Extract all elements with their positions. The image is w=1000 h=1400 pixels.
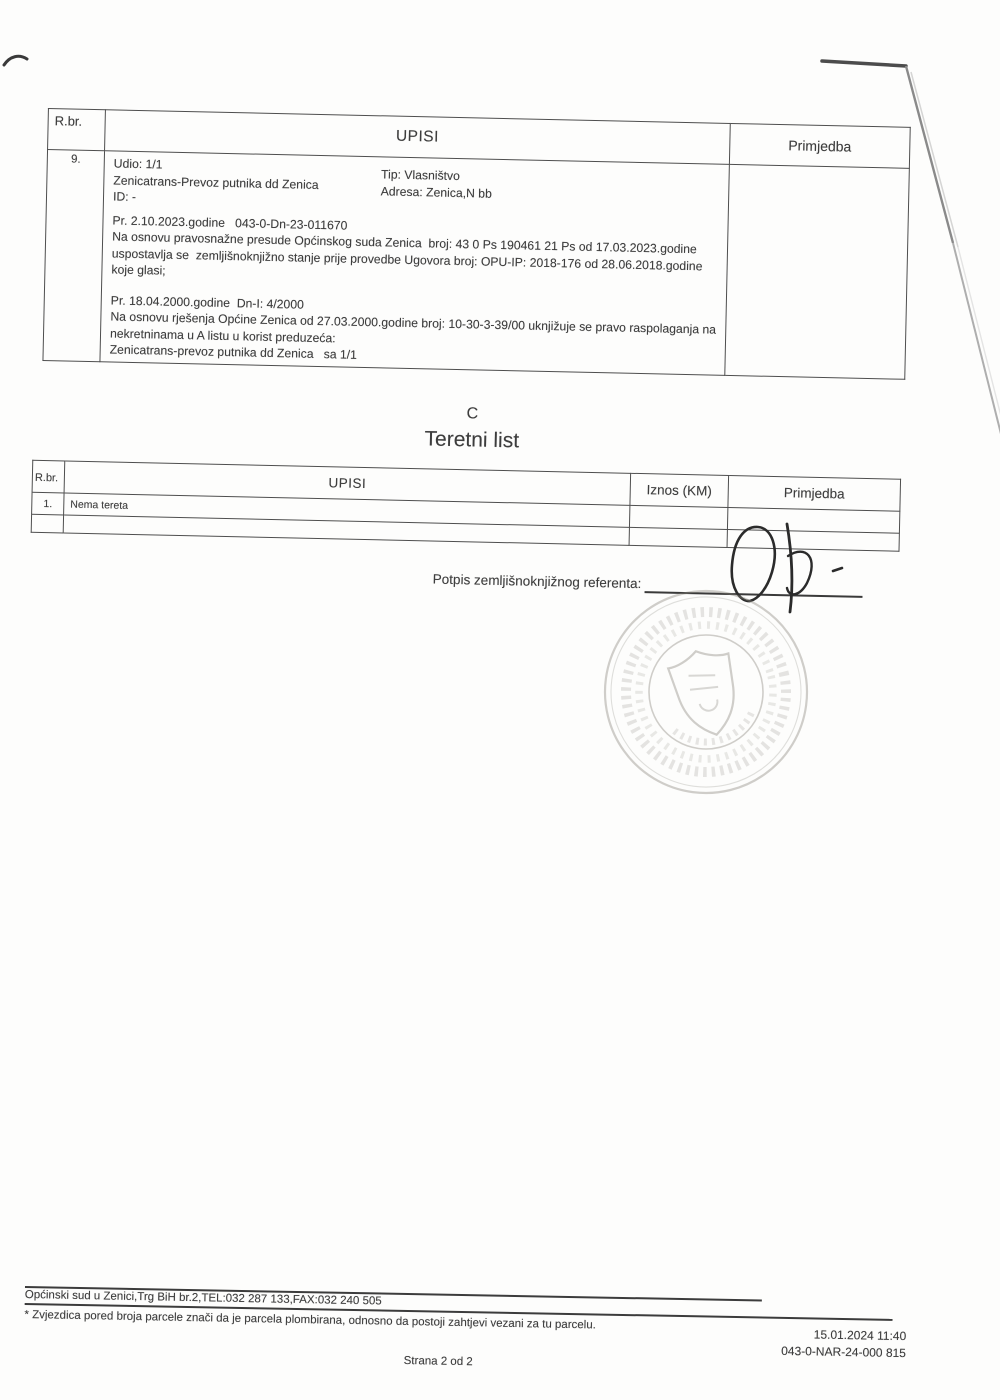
column-header-iznos: Iznos (KM) (630, 473, 729, 507)
teretni-list-table: R.br. UPISI Iznos (KM) Primjedba 1. Nema… (31, 460, 901, 552)
section-c-heading: C Teretni list (39, 396, 906, 462)
signature-block: Potpis zemljišnoknjižnog referenta: (433, 571, 863, 598)
column-header-primjedba: Primjedba (728, 475, 901, 511)
primjedba-cell-empty (725, 164, 910, 379)
signature-underline (644, 575, 862, 598)
column-header-rbr: R.br. (48, 109, 106, 151)
page-number: Strana 2 od 2 (404, 1355, 473, 1368)
entry-2023: Pr. 2.10.2023.godine 043-0-Dn-23-011670 … (111, 212, 720, 291)
iznos-cell-empty (629, 505, 727, 529)
main-content: R.br. UPISI Primjedba 9. Udio: 1/1 Zenic… (34, 106, 926, 685)
page-footer: Općinski sud u Zenici,Trg BiH br.2,TEL:0… (23, 1286, 907, 1392)
print-info: 15.01.2024 11:40 043-0-NAR-24-000 815 (781, 1326, 906, 1362)
small-ink-mark-icon (4, 56, 27, 65)
row-number: 9. (43, 150, 105, 362)
owner-block: Udio: 1/1 Zenicatrans-Prevoz putnika dd … (113, 155, 722, 218)
table-row: 9. Udio: 1/1 Zenicatrans-Prevoz putnika … (43, 150, 909, 380)
upisi-cell-content: Udio: 1/1 Zenicatrans-Prevoz putnika dd … (102, 152, 728, 371)
scanned-land-registry-page: R.br. UPISI Primjedba 9. Udio: 1/1 Zenic… (0, 0, 1000, 1400)
row-number: 1. (32, 492, 64, 515)
column-header-primjedba: Primjedba (729, 123, 910, 168)
owner-address: Adresa: Zenica,N bb (381, 183, 492, 202)
column-header-rbr: R.br. (32, 460, 65, 493)
ownership-type: Tip: Vlasništvo (381, 166, 492, 185)
upisi-table: R.br. UPISI Primjedba 9. Udio: 1/1 Zenic… (42, 108, 910, 380)
document-number: 043-0-NAR-24-000 815 (781, 1343, 906, 1362)
entry-2000: Pr. 18.04.2000.godine Dn-I: 4/2000 Na os… (110, 292, 719, 371)
signature-label: Potpis zemljišnoknjižnog referenta: (433, 572, 642, 594)
